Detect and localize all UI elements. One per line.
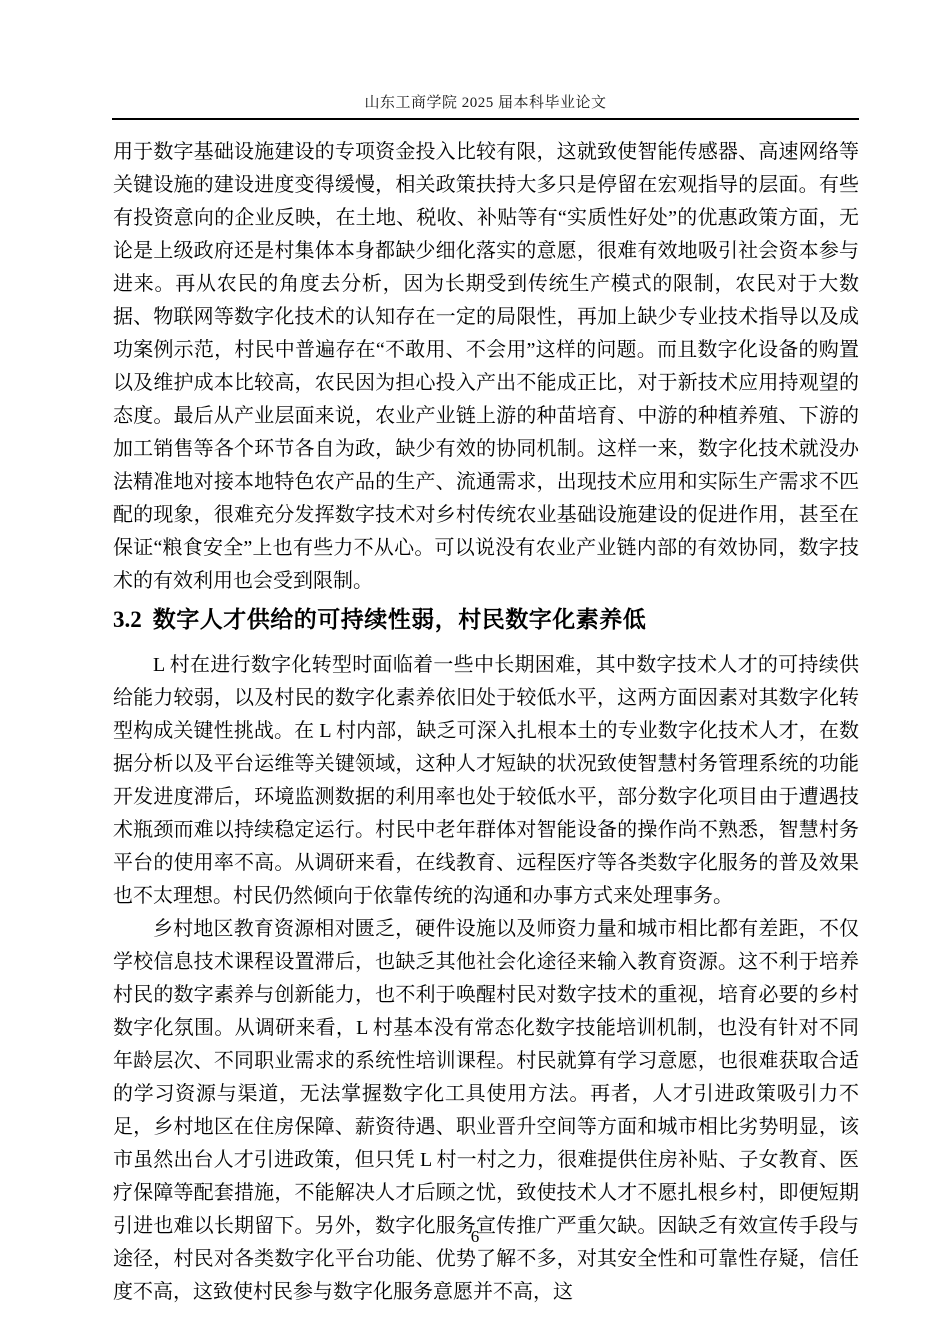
section-heading: 3.2数字人才供给的可持续性弱，村民数字化素养低	[113, 602, 859, 637]
thesis-page: 山东工商学院 2025 届本科毕业论文 用于数字基础设施建设的专项资金投入比较有…	[0, 0, 950, 1344]
paragraph-3: 乡村地区教育资源相对匮乏，硬件设施以及师资力量和城市相比都有差距，不仅学校信息技…	[113, 913, 859, 1309]
paragraph-continued: 用于数字基础设施建设的专项资金投入比较有限，这就致使智能传感器、高速网络等关键设…	[113, 136, 859, 598]
section-number: 3.2	[113, 607, 142, 632]
header-divider	[112, 118, 859, 120]
paragraph-2: L 村在进行数字化转型时面临着一些中长期困难，其中数字技术人才的可持续供给能力较…	[113, 649, 859, 913]
page-number: 6	[0, 1226, 950, 1248]
page-body: 用于数字基础设施建设的专项资金投入比较有限，这就致使智能传感器、高速网络等关键设…	[113, 136, 859, 1309]
section-title: 数字人才供给的可持续性弱，村民数字化素养低	[153, 606, 647, 632]
running-header: 山东工商学院 2025 届本科毕业论文	[112, 93, 859, 113]
